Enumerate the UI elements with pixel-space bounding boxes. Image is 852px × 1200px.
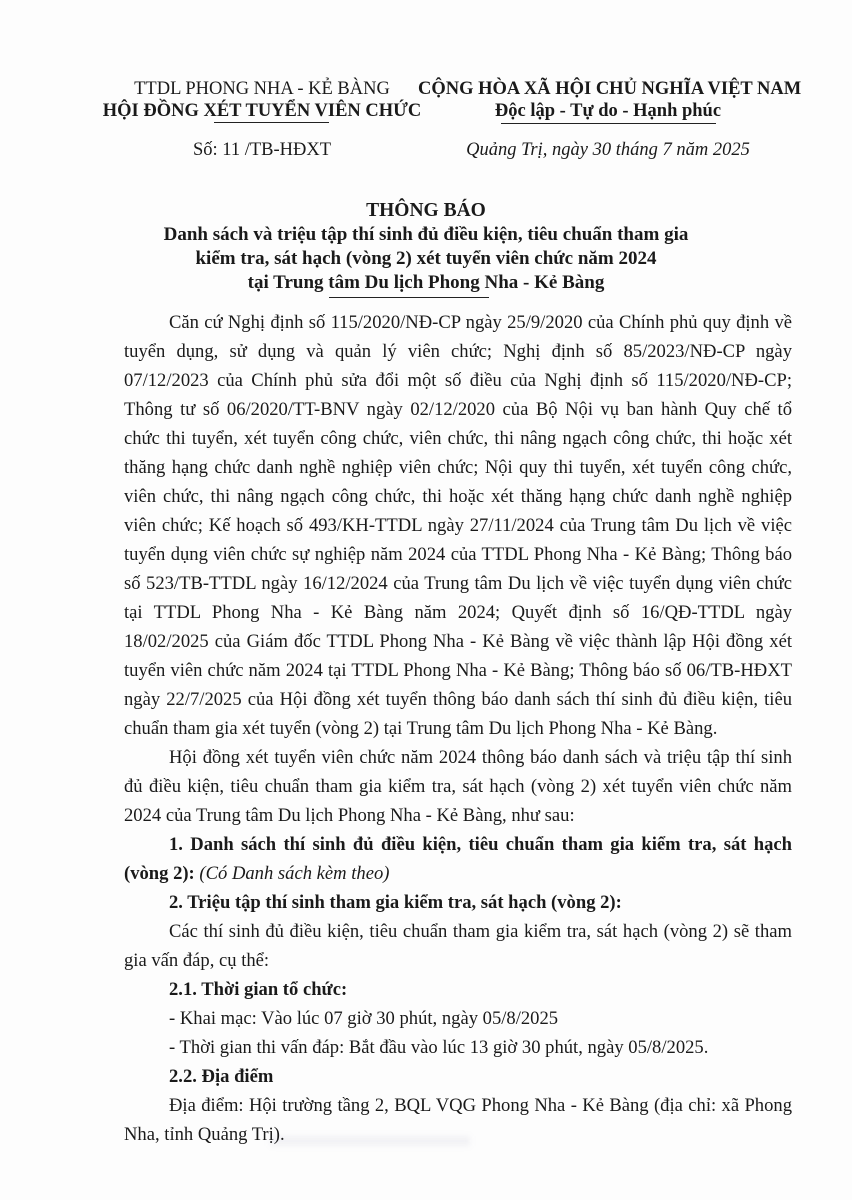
section-2-heading: 2. Triệu tập thí sinh tham gia kiểm tra,… (124, 888, 792, 917)
country-name: CỘNG HÒA XÃ HỘI CHỦ NGHĨA VIỆT NAM (418, 78, 798, 100)
opening-time: - Khai mạc: Vào lúc 07 giờ 30 phút, ngày… (124, 1004, 792, 1033)
legal-basis-paragraph: Căn cứ Nghị định số 115/2020/NĐ-CP ngày … (124, 308, 792, 743)
org-name: TTDL PHONG NHA - KẺ BÀNG (102, 78, 422, 100)
authority-underline (214, 122, 329, 123)
document-body: Căn cứ Nghị định số 115/2020/NĐ-CP ngày … (124, 308, 792, 1149)
announcement-paragraph: Hội đồng xét tuyển viên chức năm 2024 th… (124, 743, 792, 830)
national-motto: CỘNG HÒA XÃ HỘI CHỦ NGHĨA VIỆT NAM Độc l… (418, 78, 798, 124)
section-1: 1. Danh sách thí sinh đủ điều kiện, tiêu… (124, 830, 792, 888)
motto-underline (501, 123, 716, 124)
title-line-2: kiểm tra, sát hạch (vòng 2) xét tuyển vi… (100, 247, 752, 271)
section-2-text: Các thí sinh đủ điều kiện, tiêu chuẩn th… (124, 917, 792, 975)
motto: Độc lập - Tự do - Hạnh phúc (418, 100, 798, 122)
title-main: THÔNG BÁO (100, 199, 752, 223)
section-2-1-heading: 2.1. Thời gian tổ chức: (124, 975, 792, 1004)
place-date: Quảng Trị, ngày 30 tháng 7 năm 2025 (418, 140, 798, 161)
issuing-authority: TTDL PHONG NHA - KẺ BÀNG HỘI ĐỒNG XÉT TU… (102, 78, 422, 123)
section-1-note: (Có Danh sách kèm theo) (199, 863, 389, 884)
council-name: HỘI ĐỒNG XÉT TUYỂN VIÊN CHỨC (102, 100, 422, 122)
document-number: Số: 11 /TB-HĐXT (102, 140, 422, 161)
scan-smudge (270, 1136, 470, 1146)
interview-time: - Thời gian thi vấn đáp: Bắt đầu vào lúc… (124, 1033, 792, 1062)
title-line-1: Danh sách và triệu tập thí sinh đủ điều … (100, 223, 752, 247)
title-line-3: tại Trung tâm Du lịch Phong Nha - Kẻ Bàn… (100, 271, 752, 295)
section-2-2-heading: 2.2. Địa điểm (124, 1062, 792, 1091)
title-underline (329, 297, 489, 298)
document-page: TTDL PHONG NHA - KẺ BÀNG HỘI ĐỒNG XÉT TU… (0, 0, 852, 1200)
document-title: THÔNG BÁO Danh sách và triệu tập thí sin… (100, 199, 752, 298)
